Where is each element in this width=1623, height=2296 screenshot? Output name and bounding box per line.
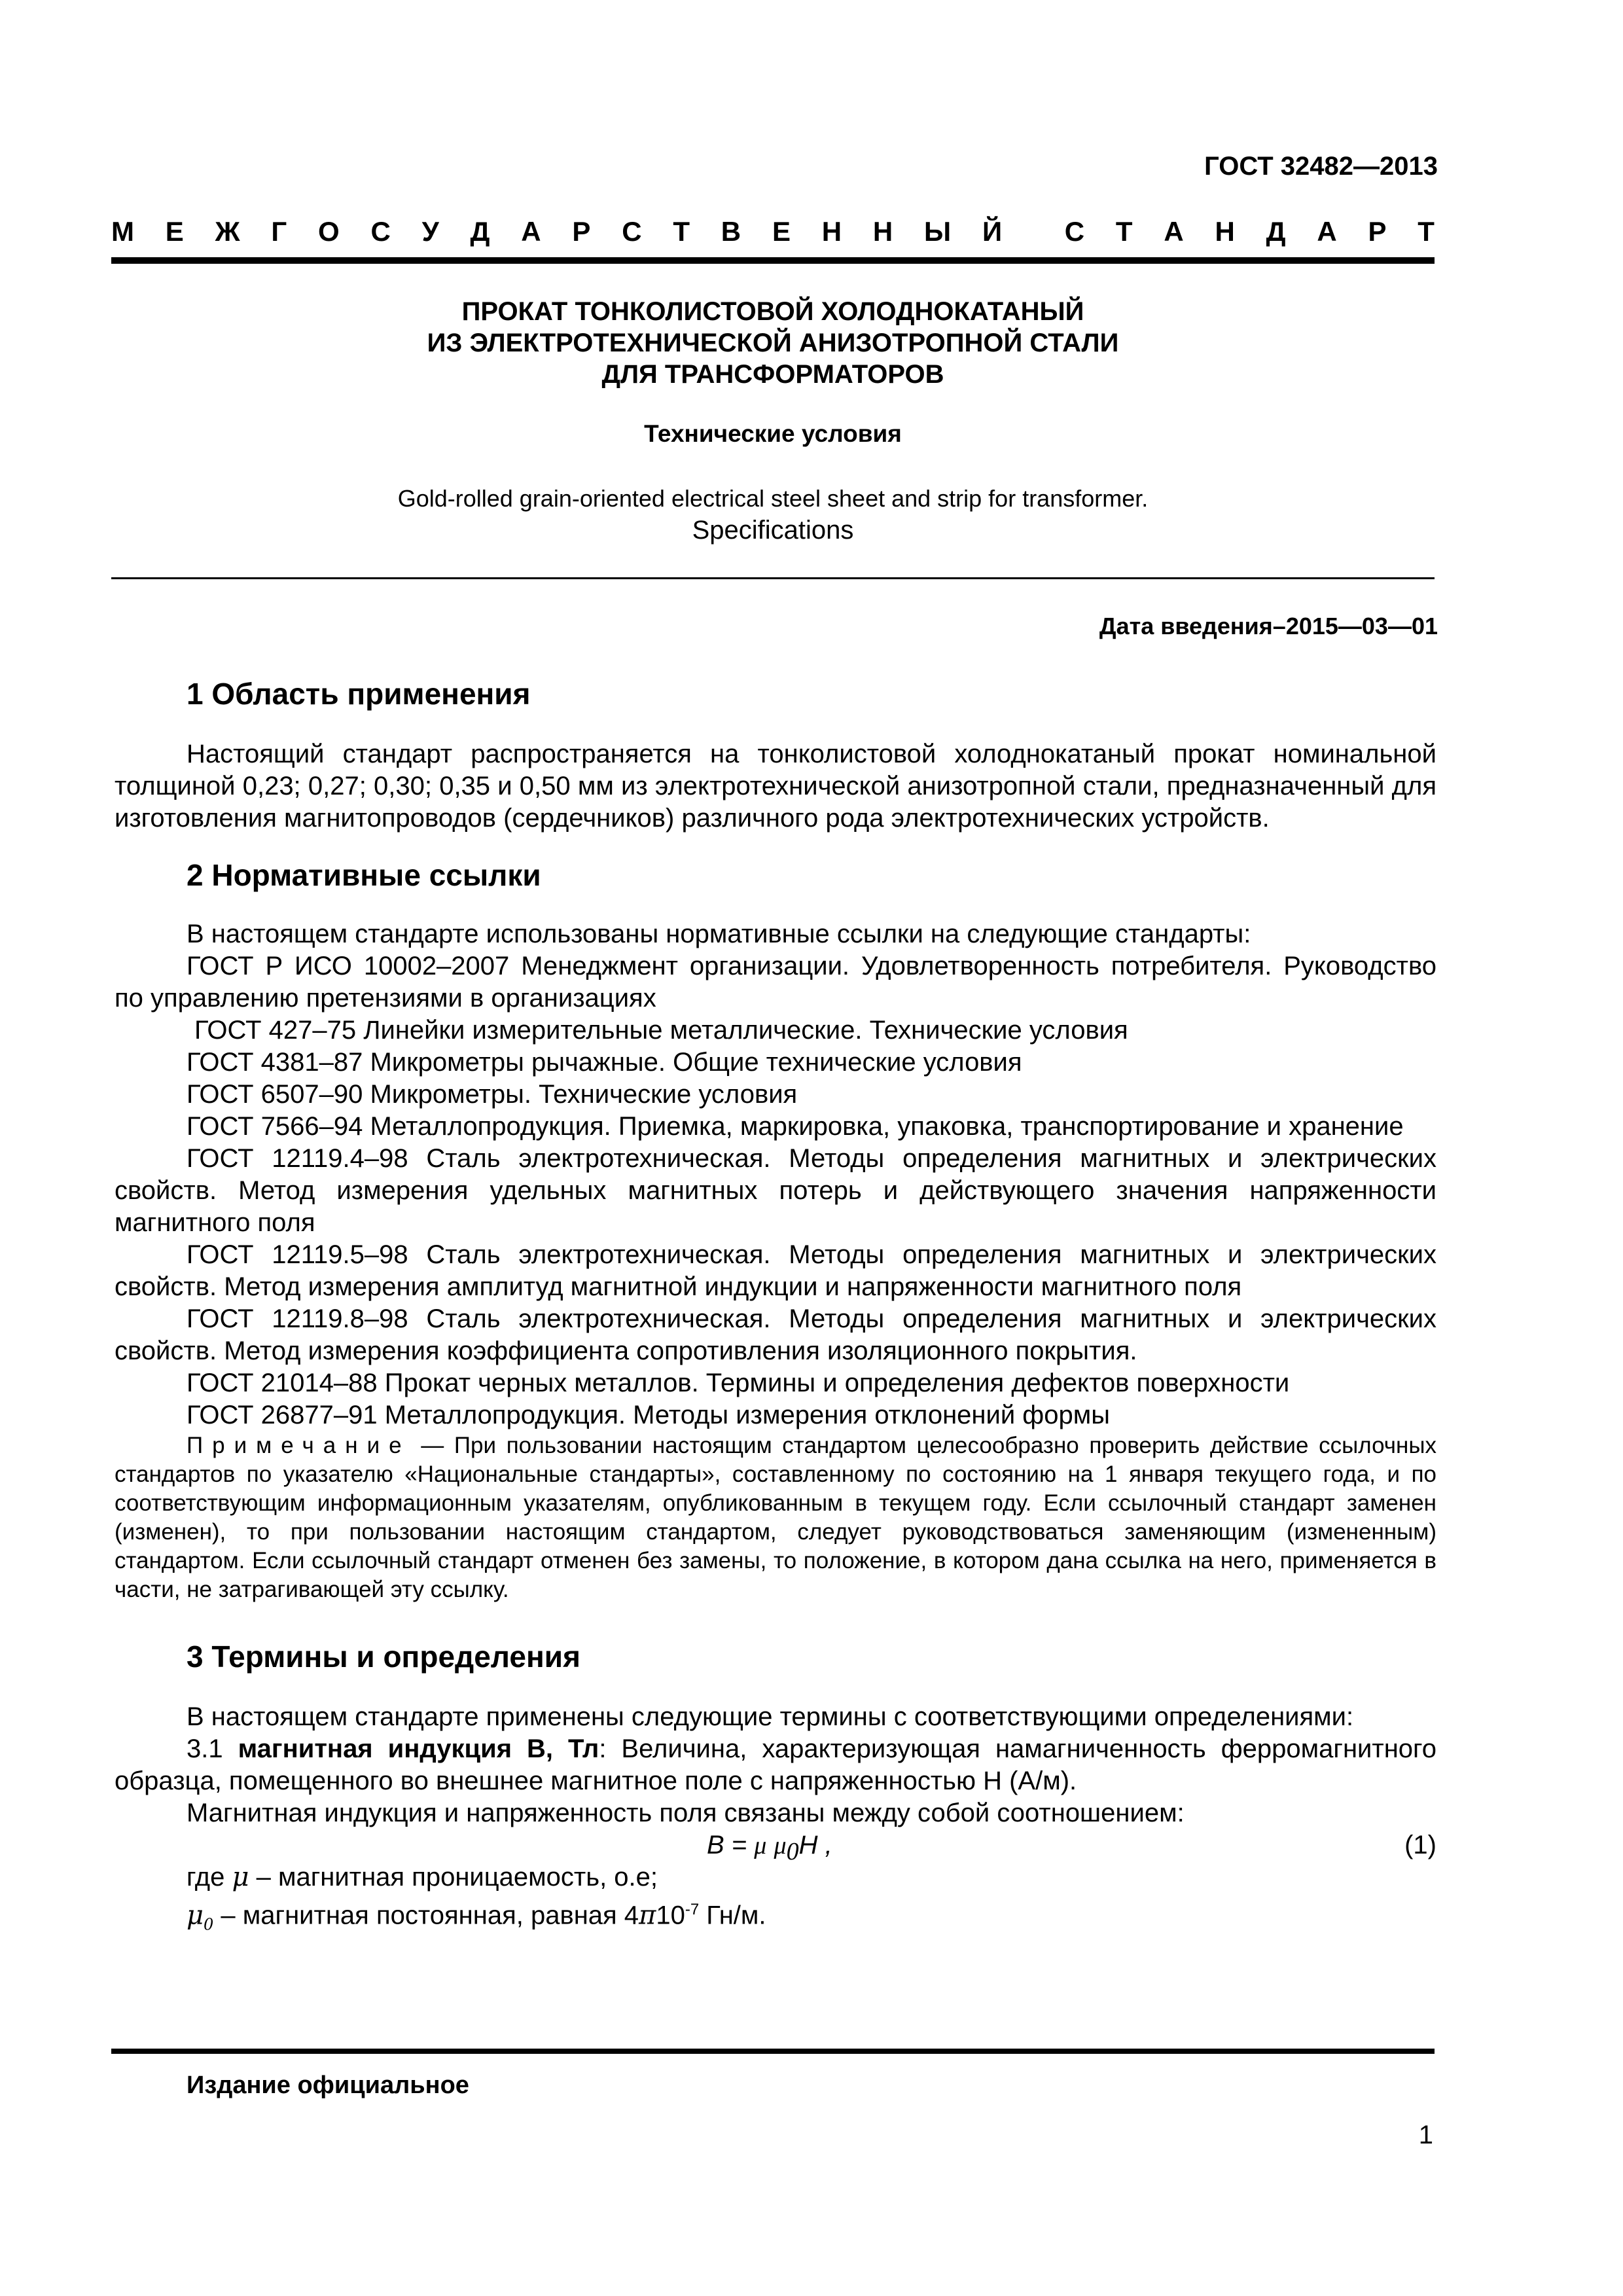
formula-mu0-sub: 0 — [787, 1838, 799, 1865]
document-title: ПРОКАТ ТОНКОЛИСТОВОЙ ХОЛОДНОКАТАНЫЙ ИЗ Э… — [111, 296, 1435, 390]
references-list: ГОСТ Р ИСО 10002–2007 Менеджмент организ… — [115, 950, 1436, 1431]
title-rule — [111, 577, 1435, 579]
banner-letter: Й — [982, 216, 1002, 247]
formula-h: H — [799, 1831, 818, 1859]
mu0-subscript: 0 — [204, 1915, 213, 1933]
formula-mu0: μ — [774, 1832, 786, 1859]
constant-exponent: -7 — [685, 1901, 699, 1918]
banner-letter: О — [318, 216, 340, 247]
banner-letter: Д — [1266, 216, 1286, 247]
reference-item: ГОСТ 12119.4–98 Сталь электротехническая… — [115, 1143, 1436, 1239]
formula-lhs: B — [707, 1831, 724, 1859]
formula: B = μ μ0H , — [707, 1829, 832, 1868]
terms-intro: В настоящем стандарте применены следующи… — [115, 1701, 1436, 1733]
note-label: Примечание — [187, 1433, 411, 1458]
introduction-date: Дата введения–2015—03—01 — [1099, 613, 1438, 640]
banner-letter: М — [111, 216, 134, 247]
banner-letter: Е — [166, 216, 184, 247]
page-number: 1 — [1419, 2121, 1433, 2150]
reference-item: ГОСТ 4381–87 Микрометры рычажные. Общие … — [115, 1047, 1436, 1079]
title-line: ПРОКАТ ТОНКОЛИСТОВОЙ ХОЛОДНОКАТАНЫЙ — [111, 296, 1435, 327]
english-title-line-2: Specifications — [111, 514, 1435, 546]
term-number: 3.1 — [187, 1734, 223, 1763]
english-title: Gold-rolled grain-oriented electrical st… — [111, 483, 1435, 546]
document-subtitle: Технические условия — [111, 420, 1435, 448]
reference-item: ГОСТ 26877–91 Металлопродукция. Методы и… — [115, 1399, 1436, 1431]
footer-rule — [111, 2049, 1435, 2054]
reference-item: ГОСТ 6507–90 Микрометры. Технические усл… — [115, 1079, 1436, 1111]
formula-eq: = — [724, 1831, 755, 1859]
banner-letter: Ж — [215, 216, 240, 247]
reference-item: ГОСТ Р ИСО 10002–2007 Менеджмент организ… — [115, 950, 1436, 1014]
document-number: ГОСТ 32482—2013 — [1204, 152, 1438, 181]
document-page: ГОСТ 32482—2013 МЕЖГОСУДАРСТВЕННЫЙ СТАНД… — [0, 0, 1623, 2296]
constant-base: 10 — [656, 1901, 685, 1929]
constant-line: μ0 – магнитная постоянная, равная 4π10-7… — [115, 1893, 1436, 1941]
banner-letter: Т — [1116, 216, 1133, 247]
constant-text: – магнитная постоянная, равная 4 — [213, 1901, 639, 1929]
reference-item: ГОСТ 12119.8–98 Сталь электротехническая… — [115, 1303, 1436, 1367]
reference-item: ГОСТ 21014–88 Прокат черных металлов. Те… — [115, 1367, 1436, 1399]
banner-letter: Ы — [924, 216, 951, 247]
banner-letter: Р — [1368, 216, 1386, 247]
constant-unit: Гн/м. — [699, 1901, 766, 1929]
formula-number: (1) — [1404, 1829, 1436, 1861]
banner-letter: А — [521, 216, 541, 247]
reference-item: ГОСТ 7566–94 Металлопродукция. Приемка, … — [115, 1111, 1436, 1143]
banner-letter: А — [1317, 216, 1336, 247]
document-body: 1 Область применения Настоящий стандарт … — [115, 661, 1436, 1941]
header-rule — [111, 257, 1435, 264]
title-line: ДЛЯ ТРАНСФОРМАТОРОВ — [111, 359, 1435, 390]
banner-letter: В — [721, 216, 741, 247]
references-intro: В настоящем стандарте использованы норма… — [115, 918, 1436, 950]
official-edition-label: Издание официальное — [187, 2072, 469, 2100]
relation-text: Магнитная индукция и напряженность поля … — [115, 1797, 1436, 1829]
banner-letter: Т — [673, 216, 690, 247]
formula-mu: μ — [754, 1832, 766, 1859]
mu0-symbol: μ — [187, 1900, 204, 1930]
reference-item: ГОСТ 427–75 Линейки измерительные металл… — [115, 1014, 1436, 1047]
banner-letter: Н — [1215, 216, 1234, 247]
banner-letter: Д — [471, 216, 490, 247]
banner-letter: А — [1164, 216, 1183, 247]
banner-letter: Т — [1418, 216, 1435, 247]
interstate-standard-banner: МЕЖГОСУДАРСТВЕННЫЙ СТАНДАРТ — [111, 216, 1435, 247]
banner-letter: С — [622, 216, 641, 247]
references-note: Примечание — При пользовании настоящим с… — [115, 1431, 1436, 1604]
pi-symbol: π — [639, 1900, 656, 1930]
banner-letter: С — [370, 216, 390, 247]
banner-letter: Е — [772, 216, 791, 247]
formula-tail: , — [817, 1831, 832, 1859]
section-heading-normative-references: 2 Нормативные ссылки — [115, 855, 1436, 895]
term-name: магнитная индукция В, Тл — [238, 1734, 599, 1763]
title-line: ИЗ ЭЛЕКТРОТЕХНИЧЕСКОЙ АНИЗОТРОПНОЙ СТАЛИ — [111, 327, 1435, 359]
banner-letter: Г — [271, 216, 287, 247]
formula-row: B = μ μ0H , (1) — [115, 1829, 1436, 1861]
term-definition: 3.1 магнитная индукция В, Тл: Величина, … — [115, 1733, 1436, 1797]
section-heading-terms: 3 Термины и определения — [115, 1637, 1436, 1676]
mu-symbol: μ — [232, 1862, 249, 1892]
banner-letter: С — [1065, 216, 1084, 247]
reference-item: ГОСТ 12119.5–98 Сталь электротехническая… — [115, 1239, 1436, 1303]
banner-letter: У — [422, 216, 439, 247]
where-prefix: где — [187, 1863, 232, 1892]
scope-paragraph: Настоящий стандарт распространяется на т… — [115, 738, 1436, 834]
where-text: – магнитная проницаемость, о.е; — [249, 1863, 658, 1892]
english-title-line-1: Gold-rolled grain-oriented electrical st… — [111, 483, 1435, 514]
banner-letter: Р — [572, 216, 590, 247]
section-heading-scope: 1 Область применения — [115, 674, 1436, 713]
banner-letter: Н — [873, 216, 893, 247]
banner-letter: Н — [822, 216, 842, 247]
